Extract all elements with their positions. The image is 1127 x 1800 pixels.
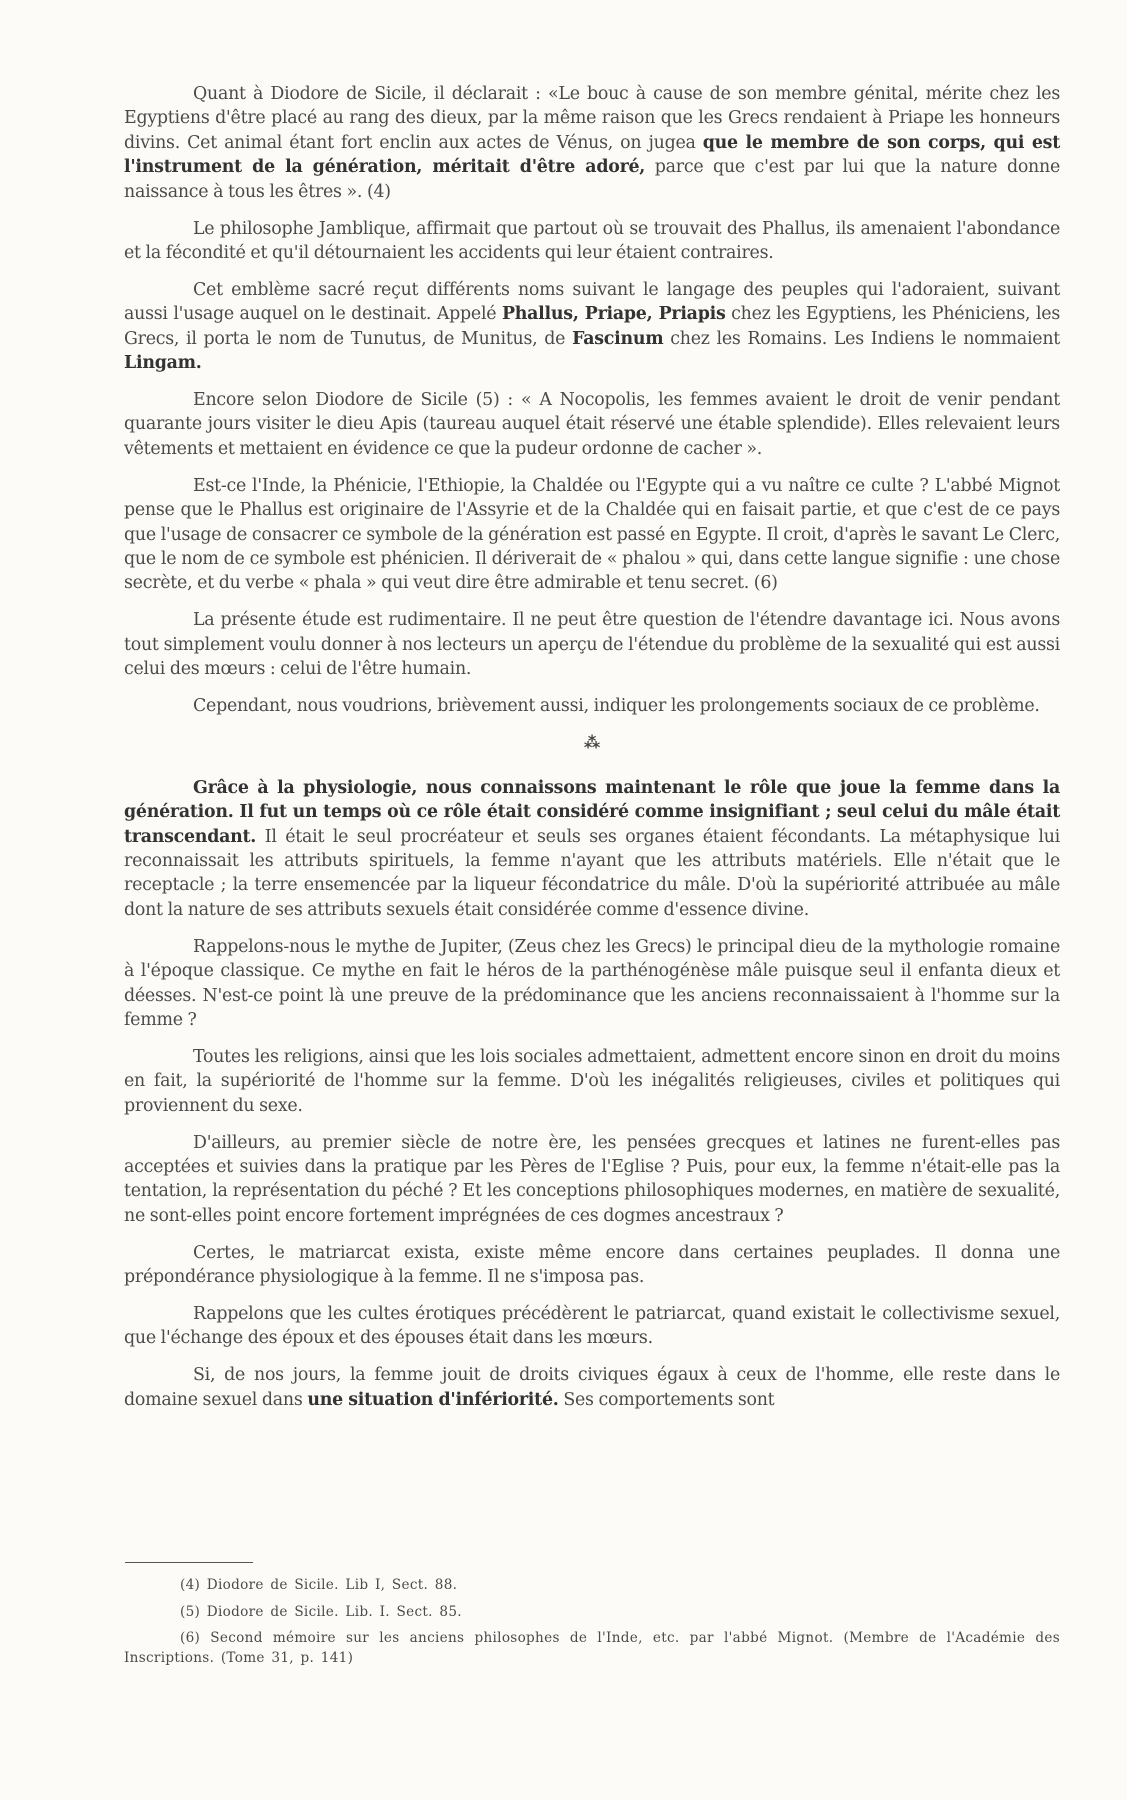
text-run: Encore selon Diodore de Sicile (5) : « A… xyxy=(124,390,1060,459)
paragraph: Si, de nos jours, la femme jouit de droi… xyxy=(124,1363,1060,1412)
paragraph: Cependant, nous voudrions, brièvement au… xyxy=(124,694,1060,718)
text-run: Toutes les religions, ainsi que les lois… xyxy=(124,1047,1060,1116)
text-run: chez les Romains. Les Indiens le nommaie… xyxy=(663,329,1060,349)
section-ancient-cults: Quant à Diodore de Sicile, il déclarait … xyxy=(124,82,1060,718)
text-run: Ses comportements sont xyxy=(559,1390,775,1410)
text-run: Certes, le matriarcat exista, existe mêm… xyxy=(124,1243,1060,1287)
paragraph: Rappelons que les cultes érotiques précé… xyxy=(124,1302,1060,1351)
paragraph: Grâce à la physiologie, nous connaissons… xyxy=(124,776,1060,922)
text-run: Est-ce l'Inde, la Phénicie, l'Ethiopie, … xyxy=(124,476,1060,594)
footnote: (4) Diodore de Sicile. Lib I, Sect. 88. xyxy=(124,1576,1060,1596)
text-run: Le philosophe Jamblique, affirmait que p… xyxy=(124,219,1060,263)
text-run: Cependant, nous voudrions, brièvement au… xyxy=(193,696,1040,716)
section-social-extensions: Grâce à la physiologie, nous connaissons… xyxy=(124,776,1060,1412)
paragraph: Encore selon Diodore de Sicile (5) : « A… xyxy=(124,388,1060,461)
paragraph: Certes, le matriarcat exista, existe mêm… xyxy=(124,1241,1060,1290)
paragraph: D'ailleurs, au premier siècle de notre è… xyxy=(124,1131,1060,1229)
paragraph: Rappelons-nous le mythe de Jupiter, (Zeu… xyxy=(124,935,1060,1033)
bold-emphasis: Lingam. xyxy=(124,353,202,373)
paragraph: Cet emblème sacré reçut différents noms … xyxy=(124,278,1060,376)
paragraph: Le philosophe Jamblique, affirmait que p… xyxy=(124,217,1060,266)
text-run: Rappelons-nous le mythe de Jupiter, (Zeu… xyxy=(124,937,1060,1030)
bold-emphasis: Fascinum xyxy=(572,329,663,349)
footnote: (5) Diodore de Sicile. Lib. I. Sect. 85. xyxy=(124,1603,1060,1623)
page-body: Quant à Diodore de Sicile, il déclarait … xyxy=(124,82,1060,1425)
text-run: D'ailleurs, au premier siècle de notre è… xyxy=(124,1133,1060,1226)
text-run: Rappelons que les cultes érotiques précé… xyxy=(124,1304,1060,1348)
bold-emphasis: une situation d'infériorité. xyxy=(307,1390,558,1410)
paragraph: Quant à Diodore de Sicile, il déclarait … xyxy=(124,82,1060,204)
paragraph: Toutes les religions, ainsi que les lois… xyxy=(124,1045,1060,1118)
footnotes: (4) Diodore de Sicile. Lib I, Sect. 88.(… xyxy=(124,1576,1060,1675)
footnote-rule xyxy=(125,1562,253,1563)
section-separator-asterism: ⁂ xyxy=(124,731,1060,755)
text-run: La présente étude est rudimentaire. Il n… xyxy=(124,610,1060,679)
paragraph: La présente étude est rudimentaire. Il n… xyxy=(124,608,1060,681)
text-run: Il était le seul procréateur et seuls se… xyxy=(124,827,1060,920)
paragraph: Est-ce l'Inde, la Phénicie, l'Ethiopie, … xyxy=(124,474,1060,596)
footnote: (6) Second mémoire sur les anciens philo… xyxy=(124,1629,1060,1668)
bold-emphasis: Phallus, Priape, Priapis xyxy=(502,304,726,324)
